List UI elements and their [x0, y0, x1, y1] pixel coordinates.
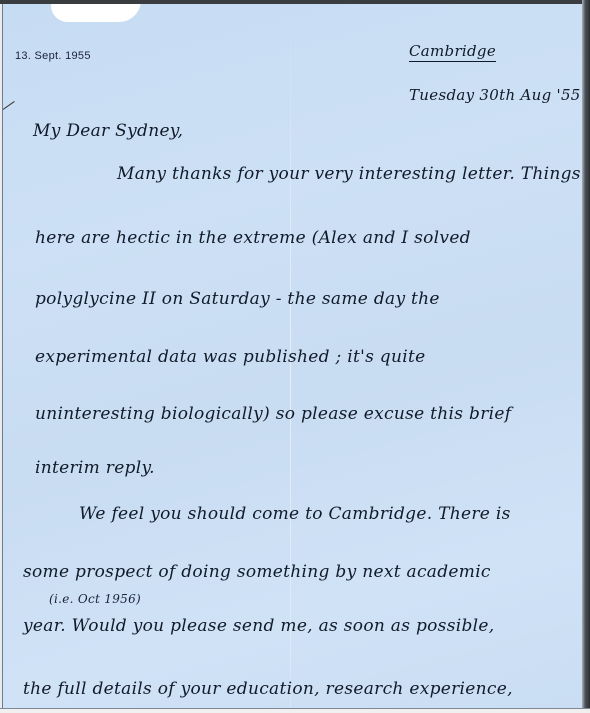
body-line: interim reply.: [35, 458, 155, 478]
body-line: experimental data was published ; it's q…: [35, 347, 425, 367]
margin-tick-mark: [3, 101, 15, 110]
insertion-note: (i.e. Oct 1956): [49, 592, 141, 606]
body-line: here are hectic in the extreme (Alex and…: [35, 228, 471, 248]
letter-date: Tuesday 30th Aug '55: [409, 86, 581, 104]
salutation: My Dear Sydney,: [33, 121, 183, 141]
body-line: uninteresting biologically) so please ex…: [35, 404, 511, 424]
scan-frame: 13. Sept. 1955 Cambridge Tuesday 30th Au…: [0, 0, 590, 713]
scan-right-border: [582, 0, 590, 713]
body-line: year. Would you please send me, as soon …: [23, 616, 494, 636]
scan-bottom-border: [0, 708, 590, 713]
body-line: the full details of your education, rese…: [23, 679, 513, 699]
body-line: Many thanks for your very interesting le…: [117, 164, 581, 184]
letter-place: Cambridge: [409, 42, 496, 62]
torn-corner: [51, 3, 141, 22]
letter-page: 13. Sept. 1955 Cambridge Tuesday 30th Au…: [2, 3, 583, 710]
archival-date-note: 13. Sept. 1955: [15, 50, 91, 62]
scan-top-border: [0, 0, 590, 4]
body-line: We feel you should come to Cambridge. Th…: [79, 504, 511, 524]
body-line: polyglycine II on Saturday - the same da…: [35, 289, 440, 309]
body-line: some prospect of doing something by next…: [23, 562, 491, 582]
